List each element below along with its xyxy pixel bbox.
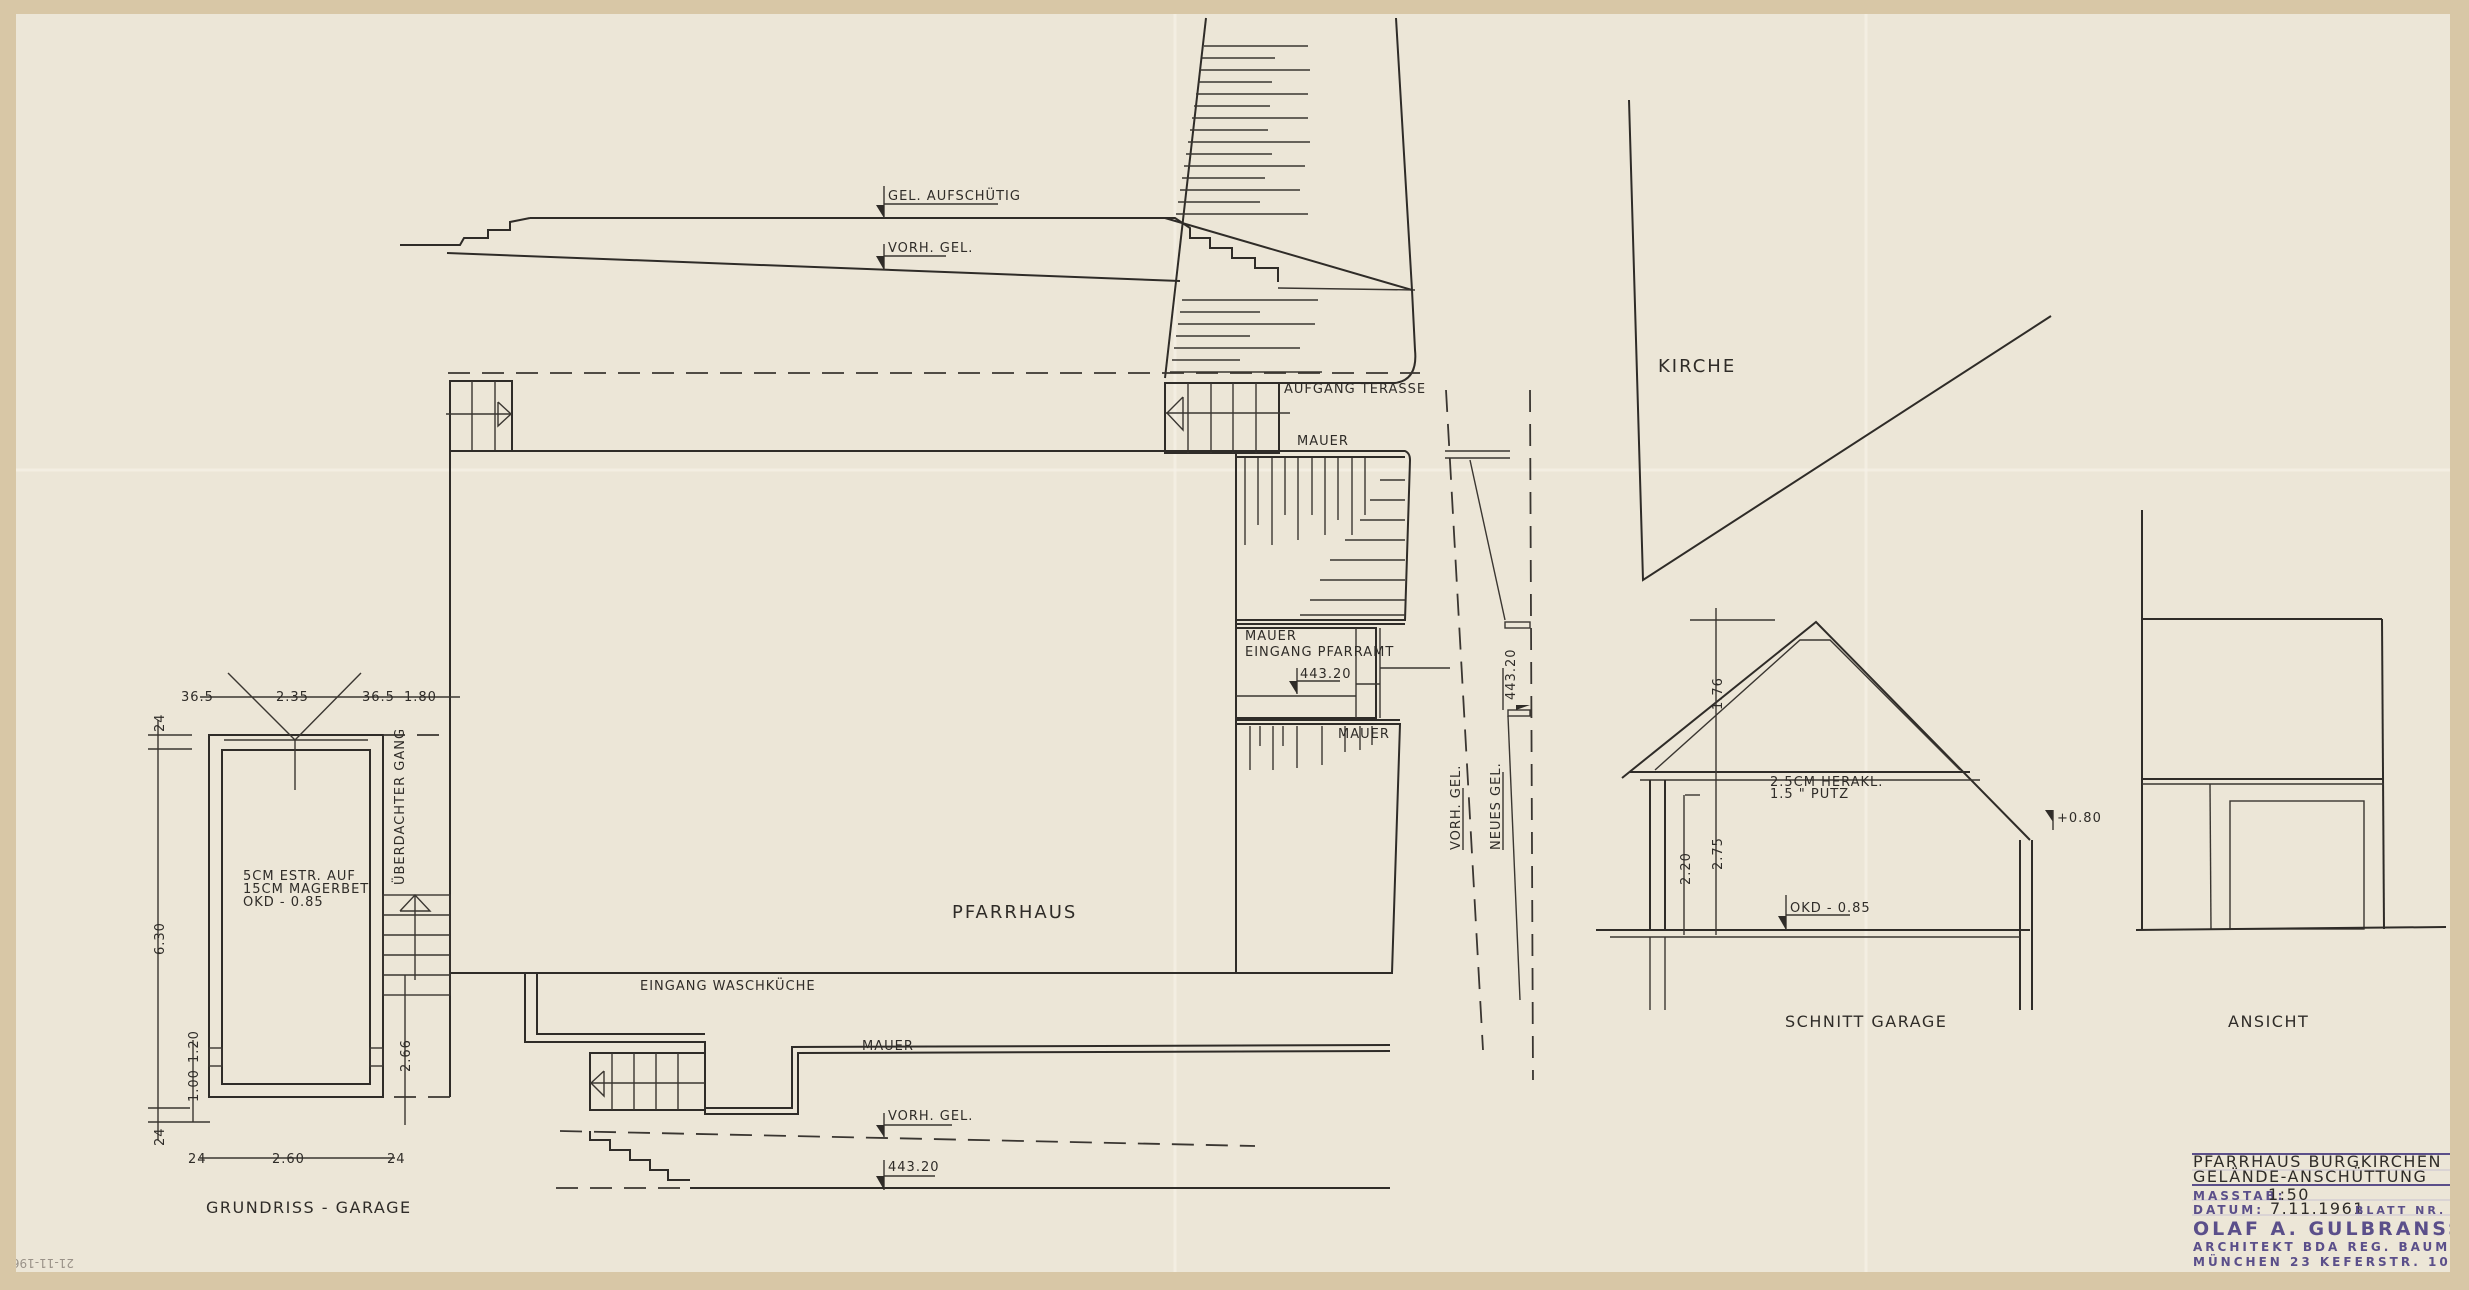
label-ueberdachter-gang: ÜBERDACHTER GANG — [391, 728, 408, 885]
label-level-bottom: 443.20 — [888, 1160, 940, 1175]
date-label: DATUM: — [2193, 1203, 2264, 1217]
dim-left-small-2: 1.20 — [187, 1030, 202, 1063]
sheet-number-label: BLATT NR. — [2355, 1204, 2446, 1217]
title-schnitt-garage: SCHNITT GARAGE — [1785, 1012, 1947, 1031]
label-eave: +0.80 — [2057, 811, 2102, 826]
stairs-top-left — [446, 381, 512, 451]
label-level-pfarramt: 443.20 — [1300, 667, 1352, 682]
dim-top-2: 2.35 — [276, 690, 309, 705]
level-marker-okd: OKD - 0.85 — [1778, 895, 1871, 930]
label-okd: OKD - 0.85 — [1790, 901, 1871, 916]
architectural-drawing: GEL. AUFSCHÜTIG VORH. GEL. AUFGANG TERAS… — [0, 0, 2469, 1290]
dim-gang: 2.66 — [399, 1039, 414, 1072]
level-marker-side: 443.20 — [1503, 649, 1530, 711]
label-aufgang-terasse: AUFGANG TERASSE — [1284, 382, 1426, 397]
dim-top-3: 36.5 — [362, 690, 395, 705]
level-marker-side-neues: NEUES GEL. — [1489, 762, 1504, 850]
level-marker-pfarramt: 443.20 — [1289, 667, 1352, 694]
label-mauer-eingang: MAUER — [1245, 629, 1297, 644]
dim-total: 2.75 — [1711, 837, 1726, 870]
pfarrhaus-footprint: PFARRHAUS — [450, 451, 1236, 973]
garage-section: 1.76 2.75 2.20 2.5CM HERAKL. 1.5 " PUTZ … — [1596, 608, 2102, 1031]
level-marker-bottom: 443.20 — [876, 1160, 940, 1190]
ceiling-note-2: 1.5 " PUTZ — [1770, 787, 1849, 802]
upper-terrain-section: GEL. AUFSCHÜTIG VORH. GEL. — [400, 18, 1420, 383]
dim-left-2: 6.30 — [153, 922, 168, 955]
label-vorh-gel-top: VORH. GEL. — [888, 241, 973, 256]
project-subtitle: GELÄNDE-ANSCHÜTTUNG — [2193, 1167, 2427, 1186]
label-eingang-waschkueche: EINGANG WASCHKÜCHE — [640, 977, 816, 994]
pencil-archive-note: 21-11-196 — [12, 1256, 74, 1270]
dim-top-4: 1.80 — [404, 690, 437, 705]
title-block: PFARRHAUS BURGKIRCHEN GELÄNDE-ANSCHÜTTUN… — [2192, 1152, 2469, 1269]
label-mauer-bottom: MAUER — [862, 1039, 914, 1054]
level-marker-vorh-gel-top: VORH. GEL. — [876, 241, 973, 270]
level-marker-gel-aufschuetung: GEL. AUFSCHÜTIG — [876, 186, 1021, 218]
architect-title: ARCHITEKT BDA REG. BAUMEISTER — [2193, 1240, 2469, 1254]
label-vorh-gel-bottom: VORH. GEL. — [888, 1109, 973, 1124]
dim-bottom-2: 2.60 — [272, 1152, 305, 1167]
dim-left-1: 24 — [153, 713, 168, 732]
dim-ridge: 1.76 — [1711, 677, 1726, 710]
garage-floor-plan: ÜBERDACHTER GANG 36.5 2.35 36.5 1.80 24 … — [148, 660, 460, 1217]
label-eingang-pfarramt: EINGANG PFARRAMT — [1245, 645, 1394, 660]
level-marker-vorh-gel-bottom: VORH. GEL. — [876, 1109, 973, 1137]
architect-address: MÜNCHEN 23 KEFERSTR. 10 TEL. 33320 — [2193, 1254, 2469, 1269]
date-value: 7.11.1961 — [2270, 1199, 2365, 1218]
dim-bottom-1: 24 — [188, 1152, 207, 1167]
title-grundriss-garage: GRUNDRISS - GARAGE — [206, 1198, 412, 1217]
label-pfarrhaus: PFARRHAUS — [952, 902, 1077, 923]
label-side-level: 443.20 — [1504, 649, 1519, 701]
lower-terrain-section: EINGANG WASCHKÜCHE MAUER VORH. GEL. 443.… — [525, 973, 1390, 1190]
dim-door: 2.20 — [1679, 852, 1694, 885]
title-ansicht: ANSICHT — [2228, 1012, 2309, 1031]
level-marker-eave: +0.80 — [2045, 810, 2102, 830]
side-profile-section: 443.20 VORH. GEL. NEUES GEL. — [1445, 390, 1533, 1080]
east-wall-area: MAUER EINGANG PFARRAMT 443.20 MAUER — [1236, 451, 1450, 973]
dim-bottom-3: 24 — [387, 1152, 406, 1167]
stairs-aufgang-terasse: AUFGANG TERASSE MAUER — [1165, 382, 1426, 453]
label-side-vorh-gel: VORH. GEL. — [1449, 765, 1464, 850]
level-marker-side-vorh: VORH. GEL. — [1449, 765, 1464, 850]
garage-elevation: ANSICHT — [2136, 510, 2446, 1031]
label-side-neues-gel: NEUES GEL. — [1489, 762, 1504, 850]
label-mauer-mid: MAUER — [1338, 727, 1390, 742]
label-gel-aufschuetung: GEL. AUFSCHÜTIG — [888, 187, 1021, 204]
architect-name: OLAF A. GULBRANSSON — [2193, 1218, 2469, 1240]
floor-note-3: OKD - 0.85 — [243, 895, 324, 910]
dim-left-3: 24 — [153, 1127, 168, 1146]
label-mauer-top: MAUER — [1297, 434, 1349, 449]
dim-left-small-1: 1.00 — [187, 1069, 202, 1102]
label-kirche: KIRCHE — [1658, 356, 1736, 377]
kirche-outline: KIRCHE — [1629, 100, 2051, 580]
dim-top-1: 36.5 — [181, 690, 214, 705]
